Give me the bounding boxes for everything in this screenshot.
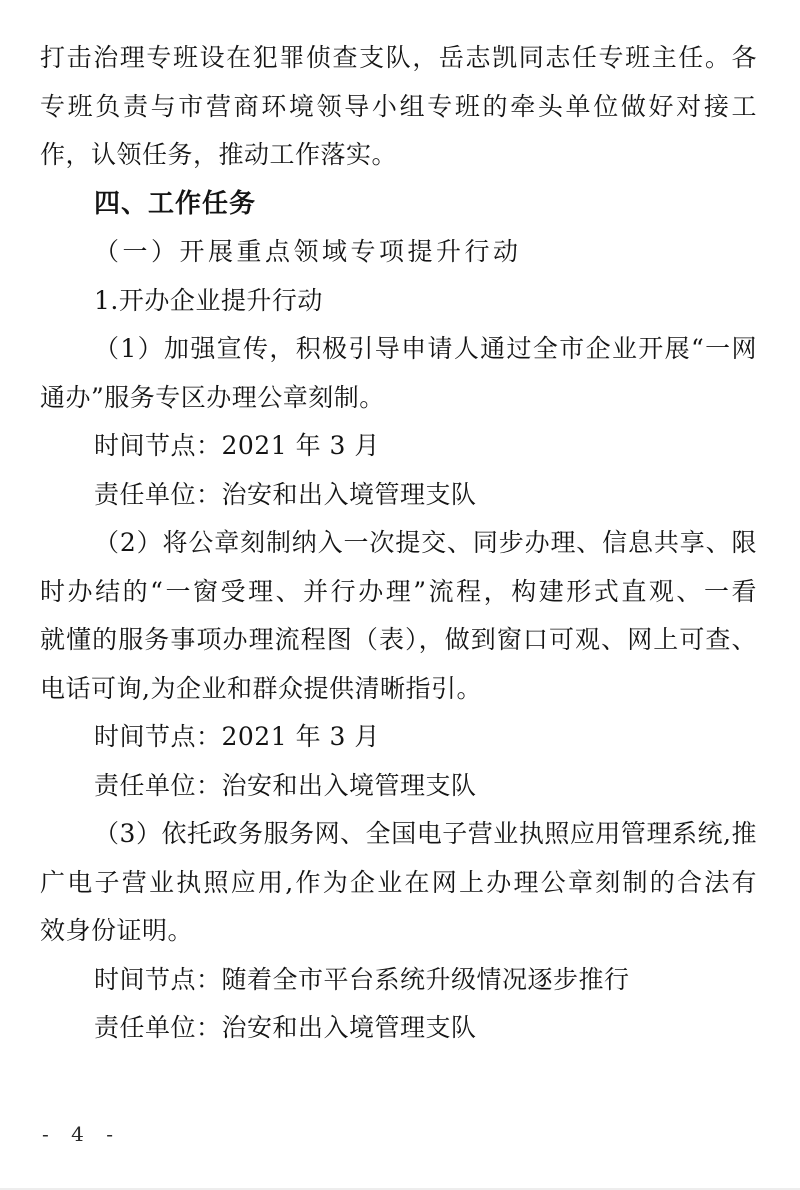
paragraph-line: 时办结的“一窗受理、并行办理”流程，构建形式直观、一看	[40, 568, 757, 617]
paragraph-line: 作，认领任务，推动工作落实。	[40, 131, 757, 180]
responsible-unit-line: 责任单位：治安和出入境管理支队	[40, 1004, 757, 1053]
paragraph-line: 就懂的服务事项办理流程图（表），做到窗口可观、网上可查、	[40, 616, 757, 665]
document-body: 打击治理专班设在犯罪侦查支队，岳志凯同志任专班主任。各 专班负责与市营商环境领导…	[40, 34, 757, 1053]
paragraph-line: 电话可询,为企业和群众提供清晰指引。	[40, 665, 757, 714]
time-node-line: 时间节点：随着全市平台系统升级情况逐步推行	[40, 956, 757, 1005]
responsible-unit-line: 责任单位：治安和出入境管理支队	[40, 762, 757, 811]
document-page: 打击治理专班设在犯罪侦查支队，岳志凯同志任专班主任。各 专班负责与市营商环境领导…	[0, 0, 800, 1190]
time-node-line: 时间节点：2021 年 3 月	[40, 422, 757, 471]
paragraph-line: 打击治理专班设在犯罪侦查支队，岳志凯同志任专班主任。各	[40, 34, 757, 83]
page-number: - 4 -	[42, 1122, 117, 1146]
paragraph-line: 专班负责与市营商环境领导小组专班的牵头单位做好对接工	[40, 83, 757, 132]
time-node-line: 时间节点：2021 年 3 月	[40, 713, 757, 762]
paragraph-line: （2）将公章刻制纳入一次提交、同步办理、信息共享、限	[40, 519, 757, 568]
paragraph-line: （1）加强宣传，积极引导申请人通过全市企业开展“一网	[40, 325, 757, 374]
paragraph-line: 通办”服务专区办理公章刻制。	[40, 374, 757, 423]
section-heading: 四、工作任务	[40, 180, 757, 229]
item-heading: 1.开办企业提升行动	[40, 277, 757, 326]
responsible-unit-line: 责任单位：治安和出入境管理支队	[40, 471, 757, 520]
paragraph-line: 效身份证明。	[40, 907, 757, 956]
paragraph-line: （3）依托政务服务网、全国电子营业执照应用管理系统,推	[40, 810, 757, 859]
paragraph-line: 广电子营业执照应用,作为企业在网上办理公章刻制的合法有	[40, 859, 757, 908]
subsection-heading: （一）开展重点领域专项提升行动	[40, 228, 757, 277]
